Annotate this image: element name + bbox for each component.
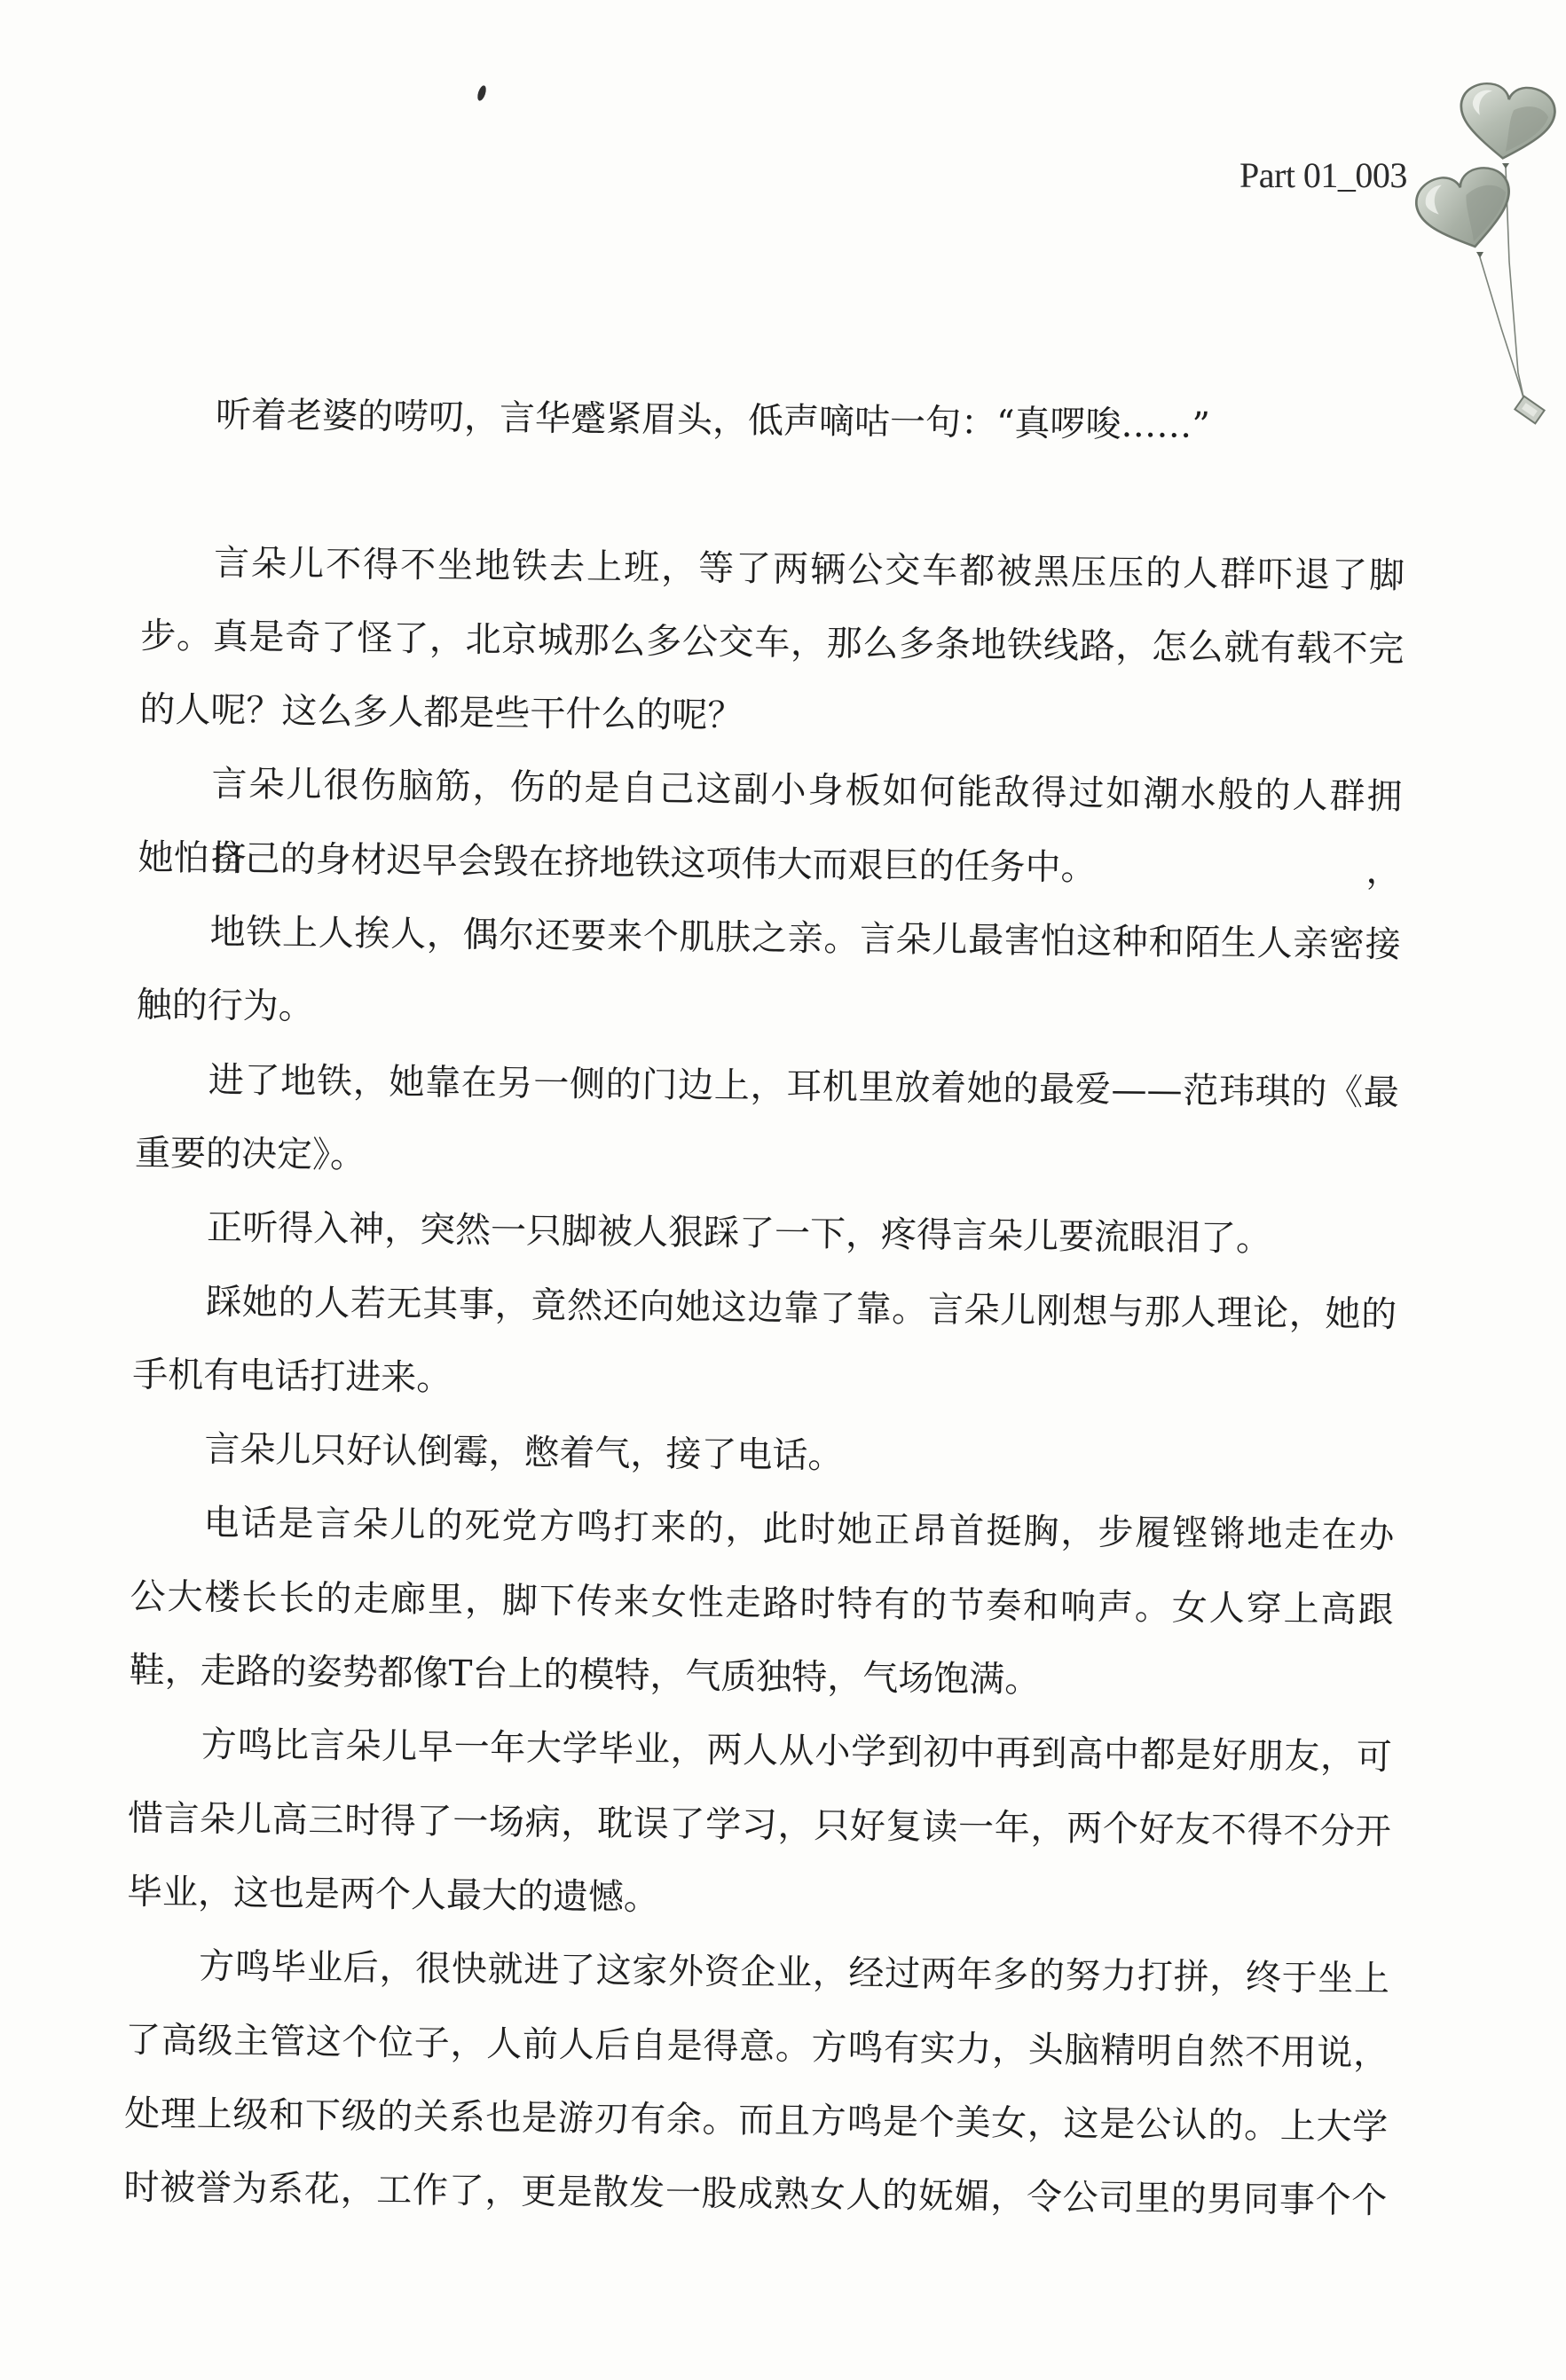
text-line: 方鸣比言朵儿早一年大学毕业，两人从小学到初中再到高中都是好朋友，可 [128, 1708, 1392, 1795]
text-line: 毕业，这也是两个人最大的遗憾。 [127, 1856, 1391, 1944]
text-line: 言朵儿不得不坐地铁去上班，等了两辆公交车都被黑压压的人群吓退了脚 [141, 526, 1405, 614]
text-line: 手机有电话打进来。 [132, 1339, 1397, 1426]
text-line: 言朵儿很伤脑筋，伤的是自己这副小身板如何能敌得过如潮水般的人群拥挤， [138, 747, 1403, 835]
blank-line [142, 452, 1406, 539]
lower-heart-balloon [1412, 162, 1521, 258]
upper-knot [1502, 163, 1509, 169]
text-line: 踩她的人若无其事，竟然还向她这边靠了靠。言朵儿刚想与那人理论，她的 [133, 1265, 1397, 1353]
upper-heart-balloon [1456, 81, 1557, 163]
book-page: Part 01_003 [0, 0, 1566, 2380]
text-line: 触的行为。 [136, 969, 1400, 1056]
lower-knot [1476, 252, 1483, 258]
ink-speck [476, 84, 487, 102]
text-line: 地铁上人挨人，偶尔还要来个肌肤之亲。言朵儿最害怕这种和陌生人亲密接 [137, 895, 1401, 983]
text-line: 步。真是奇了怪了，北京城那么多公交车，那么多条地铁线路，怎么就有载不完 [140, 600, 1405, 687]
text-line: 鞋，走路的姿势都像T台上的模特，气质独特，气场饱满。 [129, 1634, 1393, 1722]
text-line: 的人呢？这么多人都是些干什么的呢？ [139, 673, 1404, 761]
text-line: 重要的决定》。 [135, 1117, 1399, 1205]
text-line: 时被誉为系花，工作了，更是散发一股成熟女人的妩媚，令公司里的男同事个个 [123, 2151, 1388, 2239]
text-line: 了高级主管这个位子，人前人后自是得意。方鸣有实力，头脑精明自然不用说， [125, 2003, 1389, 2091]
running-head: Part 01_003 [1239, 158, 1407, 193]
body-text: 听着老婆的唠叨，言华蹙紧眉头，低声嘀咕一句：“真啰唆……” 言朵儿不得不坐地铁去… [123, 378, 1406, 2239]
tag-icon [1515, 397, 1544, 424]
text-line: 言朵儿只好认倒霉，憋着气，接了电话。 [131, 1412, 1396, 1500]
text-line: 电话是言朵儿的死党方鸣打来的，此时她正昂首挺胸，步履铿锵地走在办 [130, 1486, 1395, 1574]
text-line: 正听得入神，突然一只脚被人狠踩了一下，疼得言朵儿要流眼泪了。 [134, 1190, 1398, 1278]
text-line: 处理上级和下级的关系也是游刃有余。而且方鸣是个美女，这是公认的。上大学 [124, 2078, 1389, 2165]
text-line: 进了地铁，她靠在另一侧的门边上，耳机里放着她的最爱——范玮琪的《最 [135, 1043, 1399, 1131]
heart-balloons-icon [1402, 71, 1566, 435]
text-line: 听着老婆的唠叨，言华蹙紧眉头，低声嘀咕一句：“真啰唆……” [143, 378, 1407, 466]
text-line: 方鸣毕业后，很快就进了这家外资企业，经过两年多的努力打拼，终于坐上 [126, 1929, 1390, 2017]
text-line: 公大楼长长的走廊里，脚下传来女性走路时特有的节奏和响声。女人穿上高跟 [130, 1560, 1394, 1648]
text-line: 惜言朵儿高三时得了一场病，耽误了学习，只好复读一年，两个好友不得不分开 [127, 1782, 1391, 1870]
